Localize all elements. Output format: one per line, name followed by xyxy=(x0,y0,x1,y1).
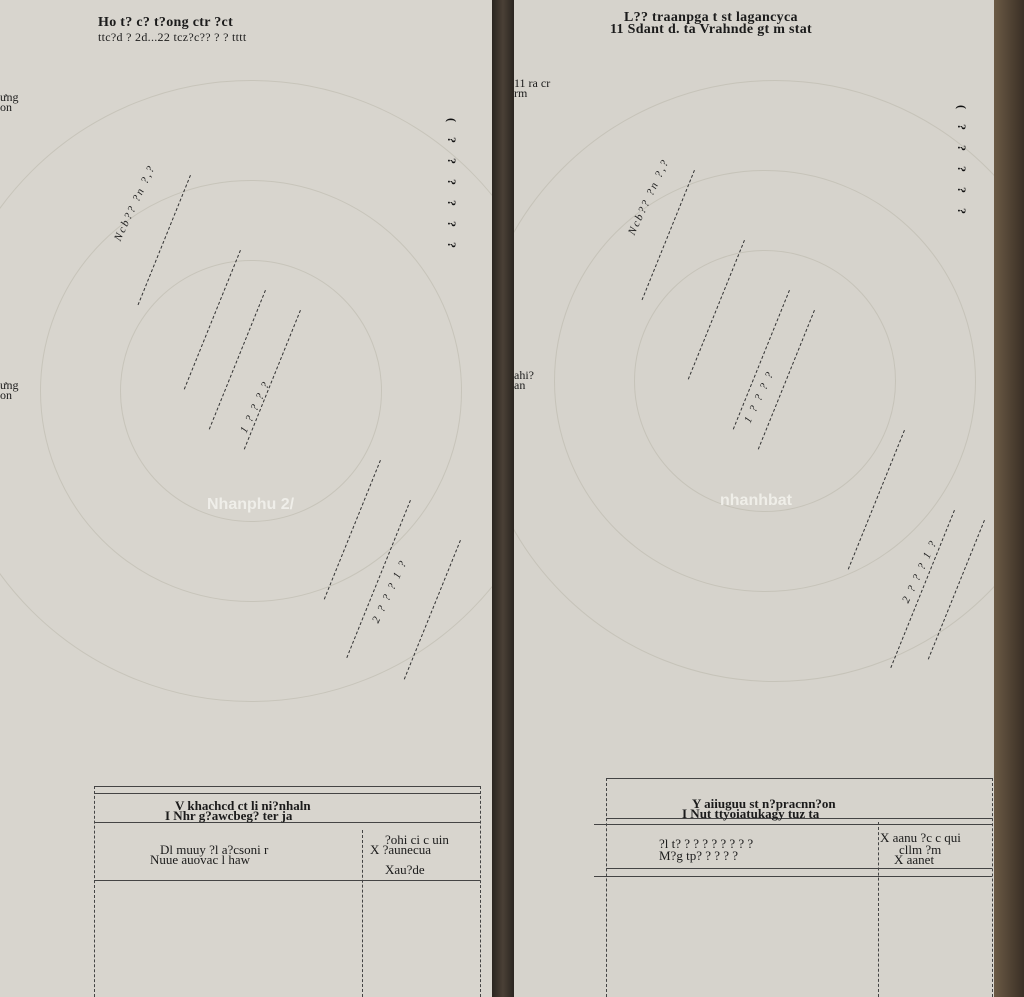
table-border xyxy=(606,778,607,997)
watermark: nhanhbat xyxy=(720,492,792,510)
table-rule xyxy=(94,880,480,881)
table-rule xyxy=(594,876,992,877)
table-rule xyxy=(606,778,992,779)
table-title: I Nut ttyoiatukagy tuz ta xyxy=(682,806,819,822)
table-border xyxy=(94,786,95,997)
table-rule xyxy=(94,793,480,794)
table-border xyxy=(878,822,879,997)
right-document-page: L?? traanpga t st lagancyca 11 Sdant d. … xyxy=(514,0,994,997)
side-label: on xyxy=(0,102,12,113)
side-label: on xyxy=(0,390,12,401)
header-line-1: Ho t? c? t?ong ctr ?ct xyxy=(98,15,233,31)
header-line-2: 11 Sdant d. ta Vrahnde gt m stat xyxy=(610,22,812,38)
guilloche-pattern xyxy=(120,260,382,522)
table-cell: X ?aunecua xyxy=(370,842,431,858)
header-line-2: ttc?d ? 2d...22 tcz?c?? ? ? tttt xyxy=(98,30,247,45)
vertical-annotation: ( ? ? ? ? ? xyxy=(954,105,969,220)
page-divider xyxy=(492,0,514,997)
table-title: I Nhr g?awcbeg? ter ja xyxy=(165,808,292,824)
table-rule xyxy=(594,824,992,825)
left-document-page: Ho t? c? t?ong ctr ?ct ttc?d ? 2d...22 t… xyxy=(0,0,492,997)
table-border xyxy=(480,786,481,997)
watermark: Nhanphu 2/ xyxy=(207,496,294,514)
table-border xyxy=(362,830,363,997)
background-edge xyxy=(994,0,1024,997)
vertical-annotation: ( ? ? ? ? ? ? xyxy=(444,118,459,254)
side-label: an xyxy=(514,380,525,391)
table-cell: X aanet xyxy=(894,852,934,868)
table-cell: M?g tp? ? ? ? ? xyxy=(659,848,738,864)
table-rule xyxy=(94,786,480,787)
table-cell: Xau?de xyxy=(385,862,425,878)
table-rule xyxy=(606,868,992,869)
table-cell: Nuue auovac l haw xyxy=(150,852,250,868)
side-label: rm xyxy=(514,88,527,99)
table-border xyxy=(992,778,993,997)
